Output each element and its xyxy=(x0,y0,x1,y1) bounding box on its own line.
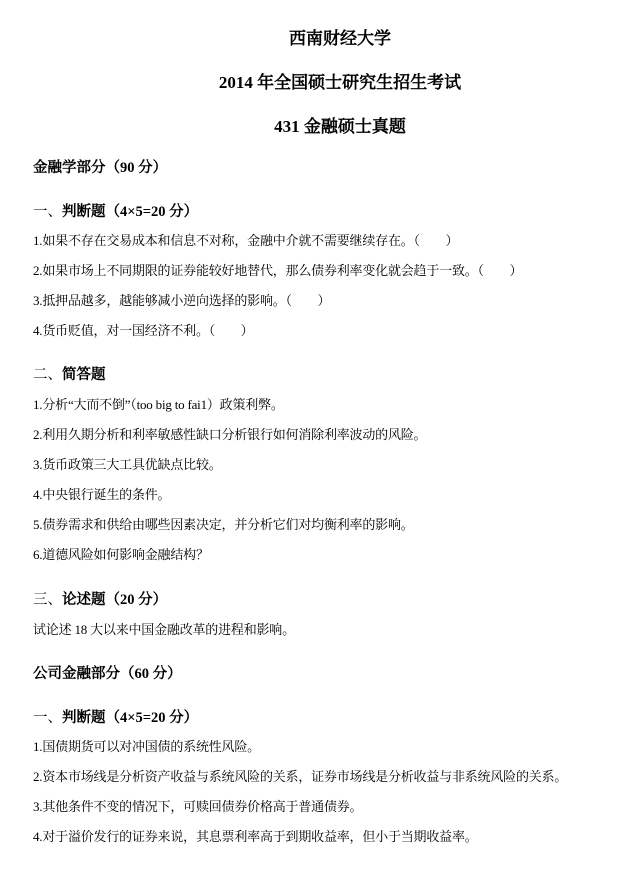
section-title: 简答题 xyxy=(62,367,106,383)
exam-title: 2014 年全国硕士研究生招生考试 xyxy=(0,71,642,95)
question-item: 2.利用久期分析和利率敏感性缺口分析银行如何消除利率波动的风险。 xyxy=(33,425,426,445)
section-prefix: 三、 xyxy=(33,592,62,608)
part2-heading: 公司金融部分（60 分） xyxy=(33,664,182,684)
question-item: 3.货币政策三大工具优缺点比较。 xyxy=(33,455,222,475)
question-item: 试论述 18 大以来中国金融改革的进程和影响。 xyxy=(33,620,295,640)
question-item: 4.货币贬值，对一国经济不利。（ ） xyxy=(33,321,253,341)
part1-section2-heading: 二、简答题 xyxy=(33,365,106,385)
question-item: 4.中央银行诞生的条件。 xyxy=(33,485,170,505)
part2-section1-heading: 一、判断题（4×5=20 分） xyxy=(33,708,198,728)
question-item: 3.其他条件不变的情况下，可赎回债券价格高于普通债券。 xyxy=(33,797,362,817)
question-item: 1.国债期货可以对冲国债的系统性风险。 xyxy=(33,737,260,757)
section-prefix: 二、 xyxy=(33,367,62,383)
section-title: 判断题（4×5=20 分） xyxy=(62,710,198,726)
section-title: 判断题（4×5=20 分） xyxy=(62,204,198,220)
question-item: 1.如果不存在交易成本和信息不对称，金融中介就不需要继续存在。（ ） xyxy=(33,231,458,251)
part1-section1-heading: 一、判断题（4×5=20 分） xyxy=(33,202,198,222)
section-title: 论述题（20 分） xyxy=(62,592,167,608)
section-prefix: 一、 xyxy=(33,204,62,220)
question-item: 4.对于溢价发行的证券来说，其息票利率高于到期收益率，但小于当期收益率。 xyxy=(33,827,478,847)
paper-title: 431 金融硕士真题 xyxy=(0,115,642,139)
part1-heading: 金融学部分（90 分） xyxy=(33,158,167,178)
question-item: 2.资本市场线是分析资产收益与系统风险的关系，证券市场线是分析收益与非系统风险的… xyxy=(33,767,567,787)
question-item: 1.分析“大而不倒”（too big to fai1）政策利弊。 xyxy=(33,395,284,415)
section-prefix: 一、 xyxy=(33,710,62,726)
question-item: 2.如果市场上不同期限的证券能较好地替代，那么债券利率变化就会趋于一致。（ ） xyxy=(33,261,522,281)
question-item: 5.债券需求和供给由哪些因素决定，并分析它们对均衡利率的影响。 xyxy=(33,515,414,535)
university-title: 西南财经大学 xyxy=(0,27,642,51)
part1-section3-heading: 三、论述题（20 分） xyxy=(33,590,167,610)
question-item: 3.抵押品越多，越能够减小逆向选择的影响。（ ） xyxy=(33,291,330,311)
question-item: 6.道德风险如何影响金融结构？ xyxy=(33,545,209,565)
